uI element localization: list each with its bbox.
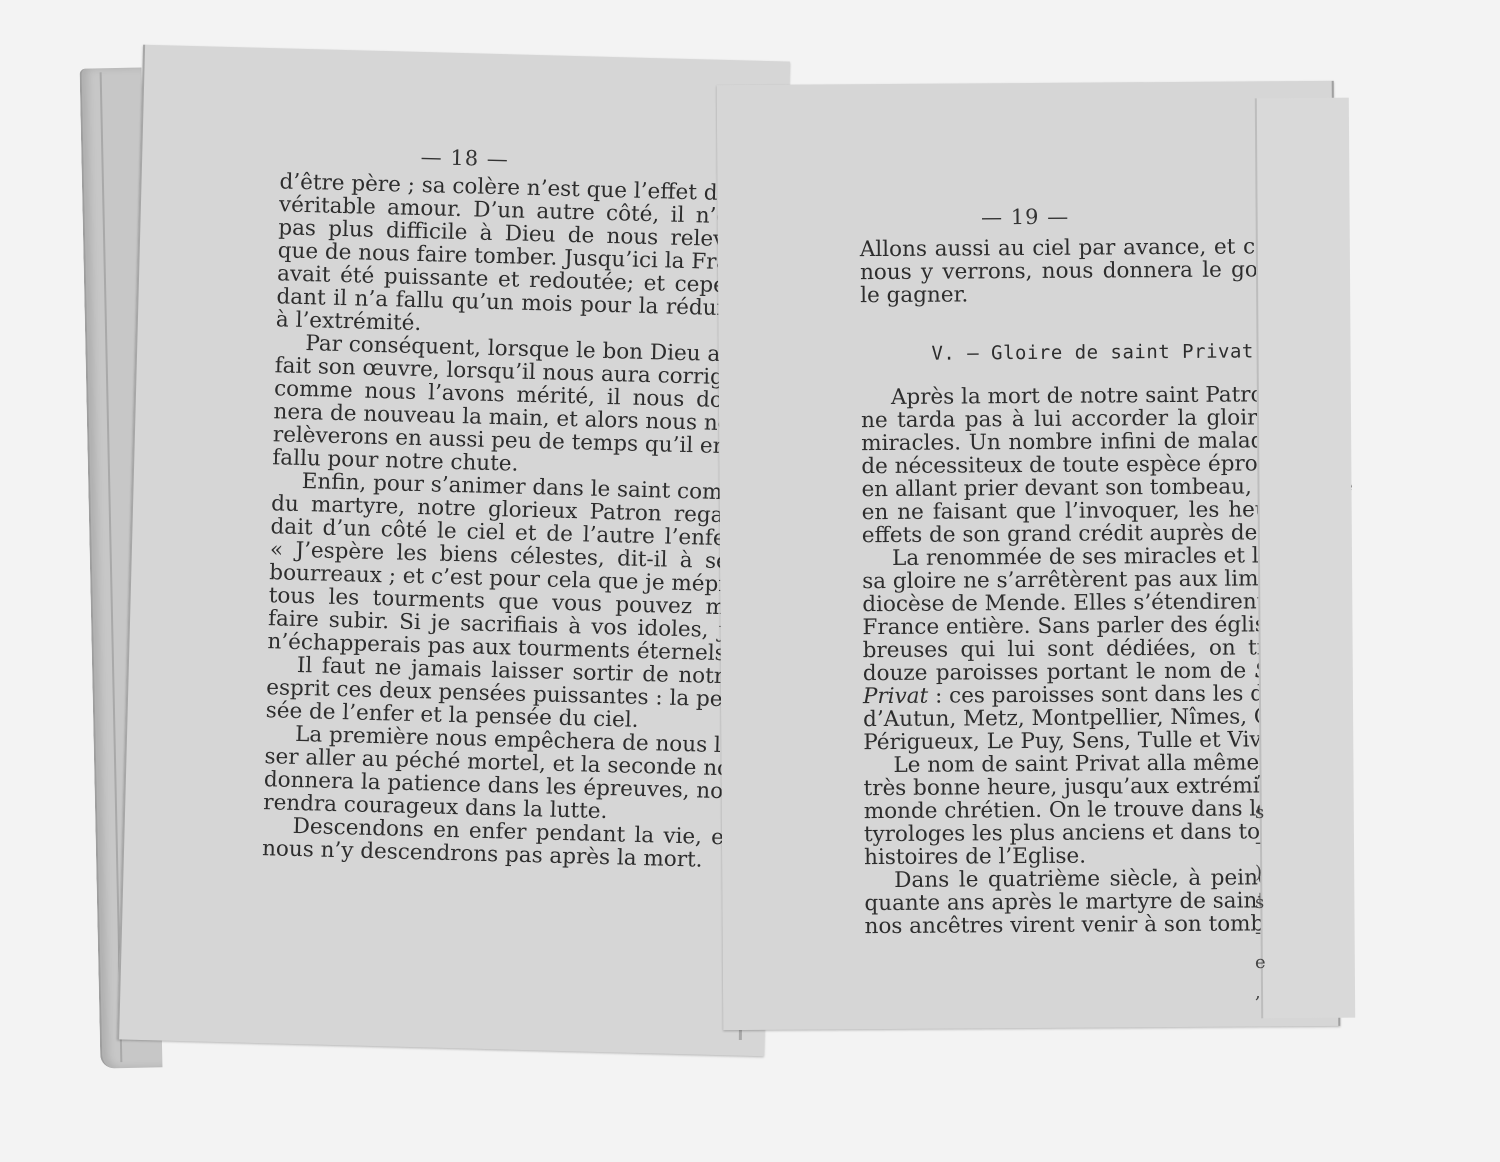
paragraph: Après la mort de notre saint Patron, Die… <box>861 383 1318 547</box>
right-page: — 19 — Allons aussi au ciel par avance, … <box>717 81 1341 1030</box>
bleed-mark: s <box>1255 888 1266 918</box>
paragraph: La première nous empêchera de nous lais-… <box>263 722 735 826</box>
left-page-number: — 18 — <box>142 138 787 179</box>
paragraph: Le nom de saint Privat alla même, et det… <box>863 751 1320 869</box>
paragraph: Enfin, pour s’animer dans le saint comba… <box>267 469 742 665</box>
text-line: nous y verrons, nous donnera le goût de <box>860 258 1316 284</box>
section-heading: V. — Gloire de saint Privat. <box>861 340 1317 366</box>
paragraph: Descendons en enfer pendant la vie, etno… <box>262 814 733 872</box>
paragraph: d’être père ; sa colère n’est que l’effe… <box>276 170 750 343</box>
bleed-mark: ʼ <box>1255 768 1266 798</box>
bleed-mark: s <box>1255 798 1266 828</box>
scanned-book-spread: — 18 — d’être père ; sa colère n’est que… <box>0 0 1500 1162</box>
right-page-number: — 19 — <box>718 203 1333 231</box>
bleed-mark: ) <box>1255 858 1266 888</box>
bleed-mark: - <box>1255 828 1266 858</box>
paragraph: Par conséquent, lorsque le bon Dieu aura… <box>272 331 745 481</box>
paragraph: La renommée de ses miracles et l’éclat d… <box>862 544 1319 754</box>
right-paragraphs: Après la mort de notre saint Patron, Die… <box>861 383 1321 938</box>
text-line: le gagner. <box>860 281 1316 307</box>
intro-paragraph: Allons aussi au ciel par avance, et ce q… <box>860 235 1316 307</box>
bleed-mark: - <box>1255 918 1266 948</box>
left-page-body: d’être père ; sa colère n’est que l’effe… <box>262 170 750 872</box>
folded-sheet-edge <box>1255 98 1355 1019</box>
bleed-mark: , <box>1255 978 1266 1008</box>
open-book: — 18 — d’être père ; sa colère n’est que… <box>80 50 1400 1080</box>
text-line: tyrologes les plus anciens et dans toute… <box>864 820 1320 846</box>
text-line: nos ancêtres virent venir à son tombeau … <box>865 912 1321 938</box>
left-page: — 18 — d’être père ; sa colère n’est que… <box>117 45 790 1057</box>
right-page-body: Allons aussi au ciel par avance, et ce q… <box>860 235 1321 938</box>
margin-bleed-marks: ʼs-)s-e, <box>1255 768 1266 1008</box>
bleed-mark: e <box>1255 948 1266 978</box>
paragraph: Dans le quatrième siècle, à peine cin-qu… <box>864 866 1320 938</box>
